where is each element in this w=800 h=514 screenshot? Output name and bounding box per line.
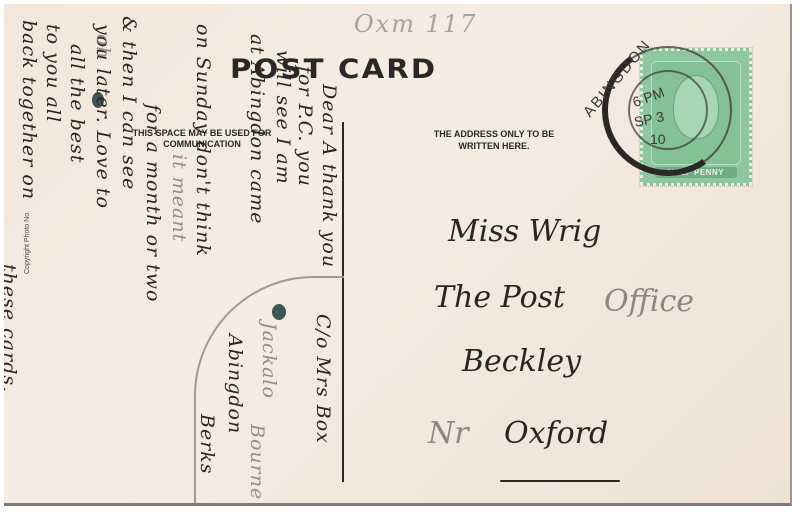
- address-line-2a: The Post: [434, 280, 565, 315]
- address-label-line2: WRITTEN HERE.: [414, 140, 574, 152]
- faint-return-line: Bourne: [246, 424, 268, 500]
- address-underline: [500, 480, 620, 482]
- address-line-3: Beckley: [462, 344, 581, 379]
- postcard: Oxm 117 POST CARD THIS SPACE MAY BE USED…: [4, 4, 792, 506]
- return-address-line: Abingdon: [224, 334, 246, 434]
- message-line: will see I am: [272, 50, 294, 185]
- faint-return-line: Jackalo: [258, 322, 280, 399]
- message-line: Dear A thank you: [318, 84, 340, 268]
- pencil-annotation: Oxm 117: [354, 10, 477, 38]
- message-line: on Sunday don't think: [192, 24, 214, 257]
- message-line: at Abingdon came: [246, 34, 268, 224]
- postmark-year: 10: [650, 132, 666, 146]
- message-line: for P.C. you: [294, 66, 316, 187]
- message-line: & then I can see: [118, 16, 140, 190]
- copyright-notice: Copyright Photo No.: [24, 211, 31, 274]
- message-line: to you all: [42, 24, 64, 123]
- message-line: these cards.: [4, 264, 20, 393]
- address-line-4b: Oxford: [504, 416, 608, 451]
- message-line: all the best: [66, 44, 88, 163]
- message-line: for a month or two: [142, 104, 164, 302]
- ink-blot: [272, 304, 286, 320]
- address-label: THE ADDRESS ONLY TO BE WRITTEN HERE.: [414, 128, 574, 152]
- return-address-line: Berks: [196, 414, 218, 475]
- address-line-1: Miss Wrig: [448, 214, 601, 249]
- message-line: back together on: [18, 20, 40, 200]
- address-line-4a: Nr: [428, 416, 469, 451]
- address-label-line1: THE ADDRESS ONLY TO BE: [414, 128, 574, 140]
- return-address-line: C/o Mrs Box: [312, 314, 334, 444]
- faint-fragment: it meant: [168, 154, 190, 242]
- faint-fragment: oh: [92, 34, 114, 60]
- address-line-2b: Office: [604, 284, 694, 319]
